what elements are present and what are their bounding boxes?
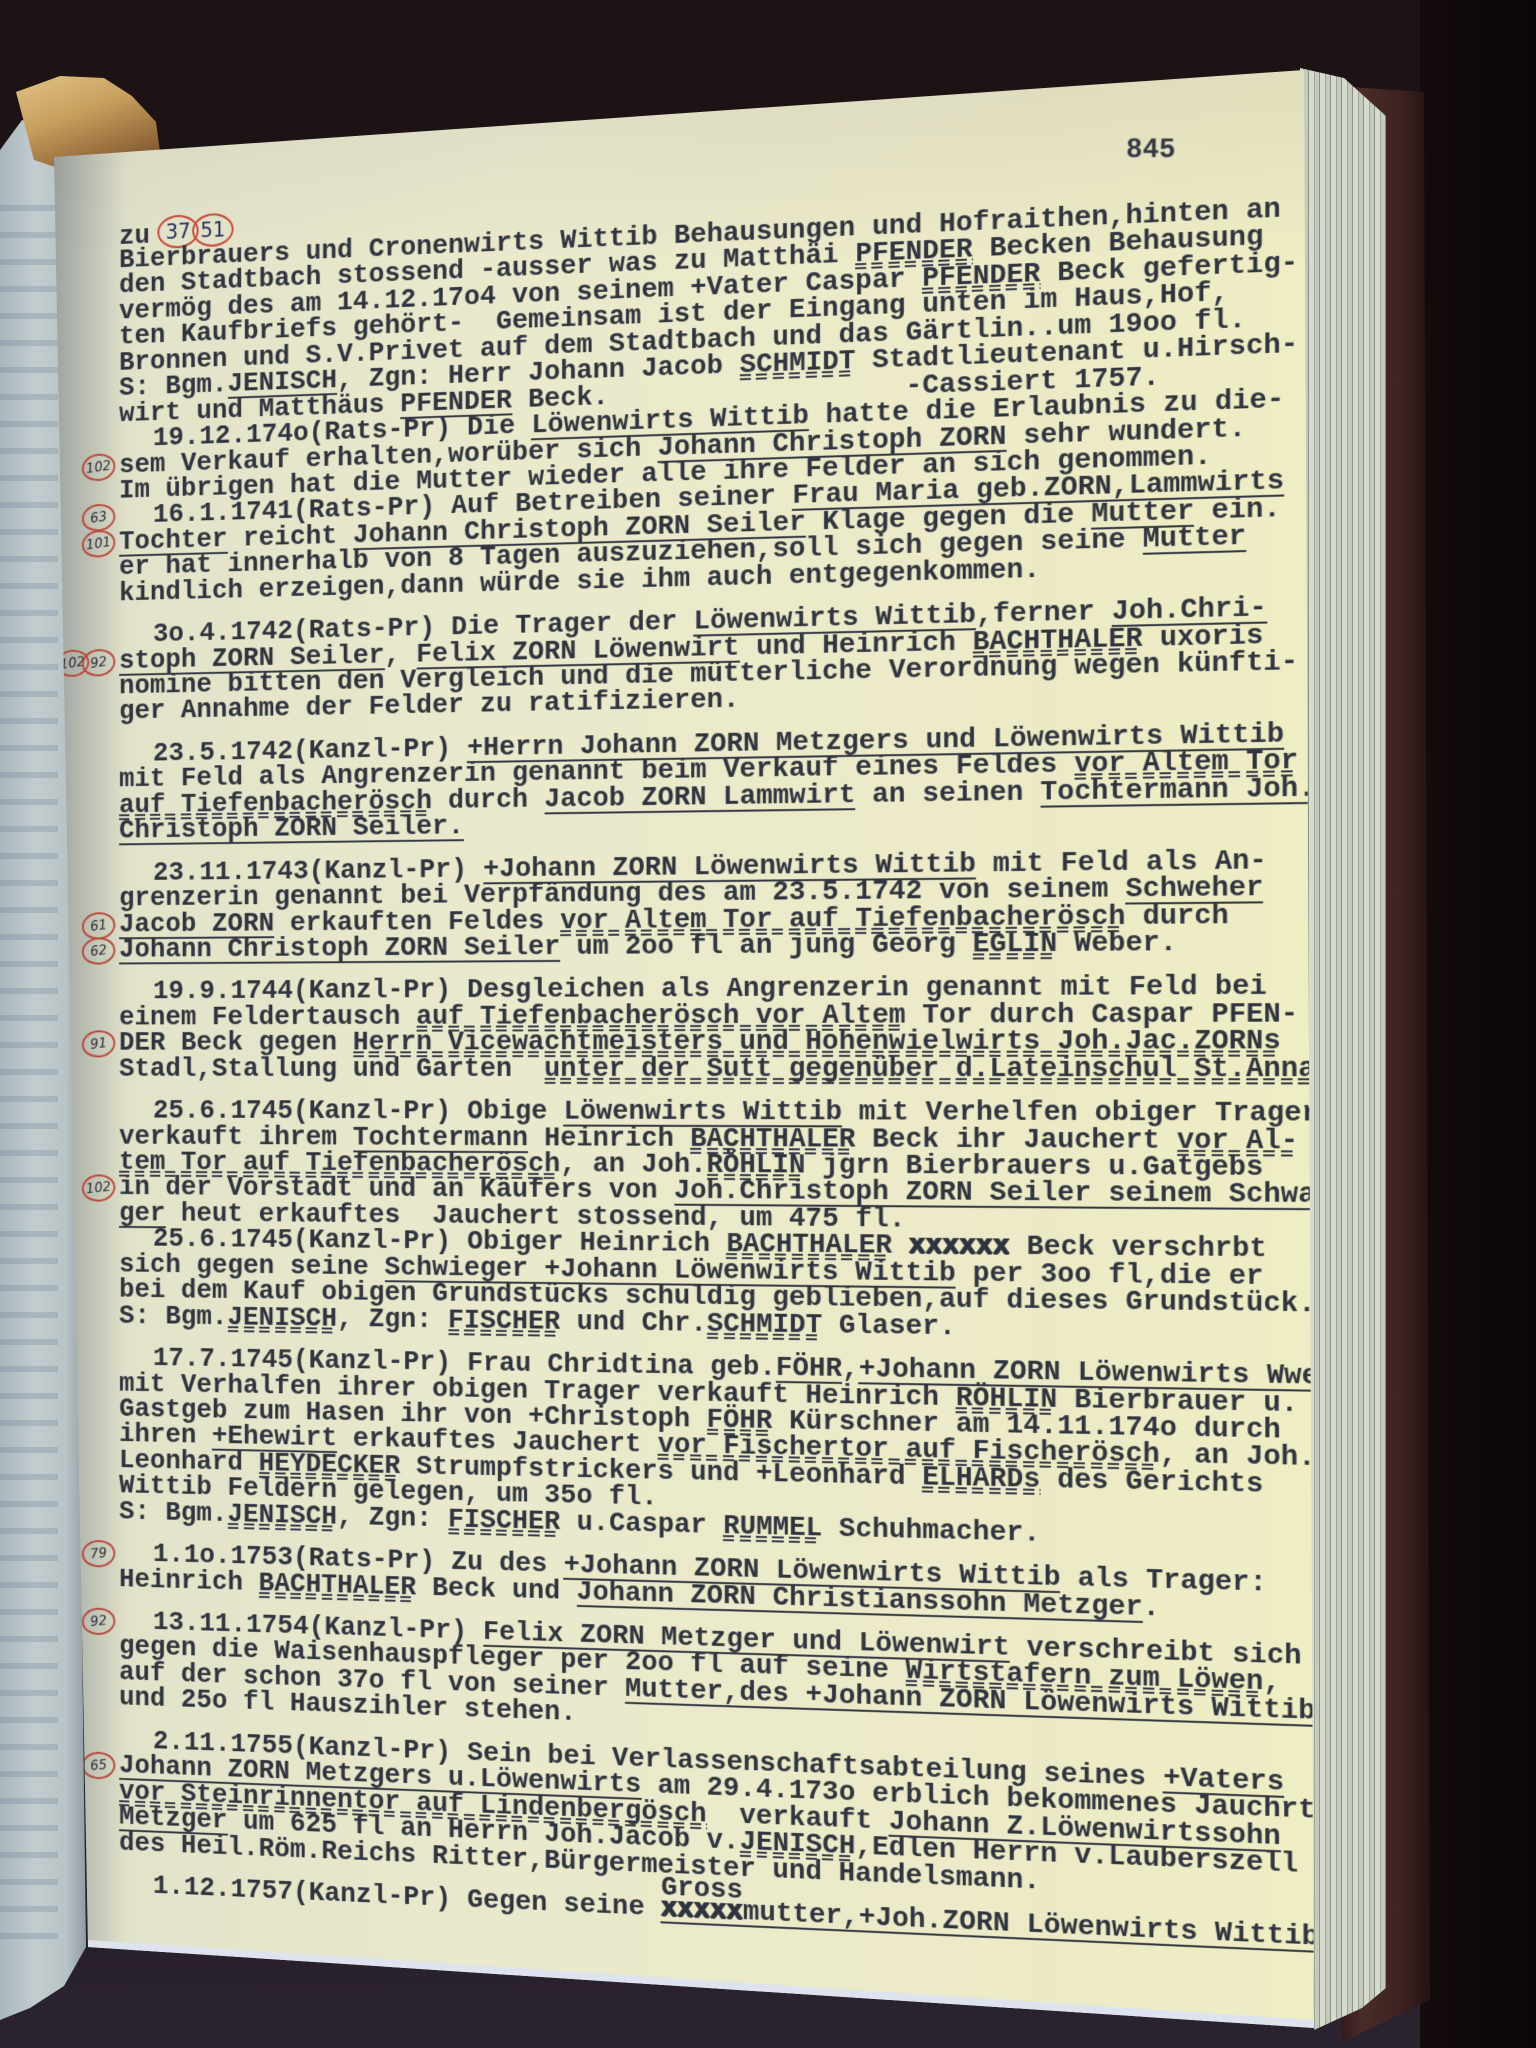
protocol-entry: 25.6.1745(Kanzl-Pr) Obiger Heinrich BACH… bbox=[119, 1227, 1353, 1347]
protocol-entry: 23.5.1742(Kanzl-Pr) +Herrn Johann ZORN M… bbox=[119, 721, 1353, 845]
text-run: Stadl,Stallung und Garten bbox=[119, 1054, 544, 1085]
protocol-entry: 3o.4.1742(Rats-Pr) Die Trager der Löwenw… bbox=[119, 594, 1353, 726]
text-run: 1.12.1757(Kanzl-Pr) Gegen seine bbox=[153, 1871, 661, 1924]
underlined-text: Johann Christoph ZORN Seiler bbox=[119, 932, 560, 965]
margin-note-circle: 102 bbox=[81, 451, 117, 483]
text-run: Weber. bbox=[1057, 928, 1177, 960]
protocol-entry: 19.9.1744(Kanzl-Pr) Desgleichen als Angr… bbox=[119, 974, 1353, 1083]
underlined-text: mutter,+Joh.ZORN Löwenwirts Wittib bbox=[743, 1897, 1319, 1954]
typewritten-text: zu3751 Bierbrauers und Cronenwirts Witti… bbox=[119, 171, 1353, 1954]
margin-notes: 10292 bbox=[56, 648, 115, 676]
margin-note-circle: 91 bbox=[81, 1029, 117, 1060]
text-run: Beck und bbox=[416, 1572, 576, 1607]
protocol-entries: 19.12.174o(Rats-Pr) Die Löwenwirts Witti… bbox=[119, 385, 1353, 1954]
margin-notes: 91 bbox=[82, 1031, 115, 1058]
margin-notes: 79 bbox=[82, 1540, 115, 1568]
dark-background bbox=[1420, 0, 1536, 2048]
text-run: Heinrich bbox=[119, 1564, 259, 1598]
double-underlined-text: EGLIN bbox=[973, 928, 1058, 960]
margin-notes: 92 bbox=[82, 1607, 115, 1635]
margin-notes: 102 bbox=[82, 1175, 115, 1202]
text-run: , Zgn: bbox=[337, 1502, 448, 1535]
margin-note-circle: 62 bbox=[81, 936, 117, 967]
text-run: und Chr. bbox=[560, 1307, 706, 1340]
margin-notes: 102 bbox=[82, 453, 115, 481]
margin-note-circle: 79 bbox=[81, 1539, 117, 1569]
text-run: S: Bgm. bbox=[119, 1497, 227, 1530]
double-underlined-text: SCHMIDT bbox=[707, 1308, 822, 1341]
text-run: Glaser. bbox=[822, 1310, 956, 1343]
double-underlined-text: FISCHER bbox=[448, 1305, 560, 1337]
double-underlined-text: JENISCH bbox=[227, 1302, 337, 1334]
text-line: Stadl,Stallung und Garten unter der Sutt… bbox=[119, 1056, 1353, 1083]
text-line: 62Johann Christoph ZORN Seiler um 2oo fl… bbox=[119, 929, 1353, 963]
margin-note-circle: 101 bbox=[81, 528, 117, 559]
text-run: um 2oo fl an jung Georg bbox=[560, 929, 972, 963]
margin-notes: 62 bbox=[82, 937, 115, 964]
protocol-entry: 17.7.1745(Kanzl-Pr) Frau Chridtina geb.F… bbox=[119, 1346, 1353, 1556]
margin-note-circle: 92 bbox=[81, 647, 117, 678]
underlined-text: Christoph ZORN Seiler. bbox=[119, 812, 464, 847]
text-run: S: Bgm. bbox=[119, 1301, 227, 1333]
page-number: 845 bbox=[1126, 136, 1176, 166]
double-underlined-text: ELHARDs bbox=[922, 1462, 1040, 1496]
text-run: , Zgn: bbox=[337, 1304, 448, 1336]
double-underlined-text: unter der Sutt gegenüber d.Lateinschul S… bbox=[544, 1053, 1315, 1085]
margin-notes: 65 bbox=[82, 1752, 115, 1780]
margin-note-circle: 92 bbox=[81, 1607, 117, 1637]
margin-notes: 101 bbox=[82, 530, 115, 558]
protocol-entry: 23.11.1743(Kanzl-Pr) +Johann ZORN Löwenw… bbox=[119, 847, 1353, 963]
margin-note-circle: 65 bbox=[81, 1751, 117, 1780]
double-underlined-text: FISCHER bbox=[448, 1504, 560, 1537]
text-run: u.Caspar bbox=[560, 1507, 723, 1542]
double-underlined-text: BACHTHALER bbox=[259, 1568, 417, 1603]
margin-notes: 63 bbox=[82, 504, 115, 532]
text-run: . bbox=[1143, 1592, 1160, 1624]
margin-note-circle: 61 bbox=[81, 910, 117, 941]
margin-notes: 61 bbox=[82, 912, 115, 939]
margin-note-circle: 102 bbox=[81, 1173, 117, 1203]
text-run: Schuhmacher. bbox=[822, 1513, 1040, 1550]
book-photo: 845 zu3751 Bierbrauers und Cronenwirts W… bbox=[0, 0, 1536, 2048]
text-run: an seinen bbox=[855, 777, 1040, 811]
double-underlined-text: RUMMEL bbox=[723, 1511, 822, 1544]
facing-page-text bbox=[0, 190, 58, 1950]
double-underlined-text: JENISCH bbox=[227, 1499, 337, 1532]
underlined-text: Mutter bbox=[1143, 522, 1246, 557]
protocol-entry: 25.6.1745(Kanzl-Pr) Obige Löwenwirts Wit… bbox=[119, 1099, 1353, 1238]
